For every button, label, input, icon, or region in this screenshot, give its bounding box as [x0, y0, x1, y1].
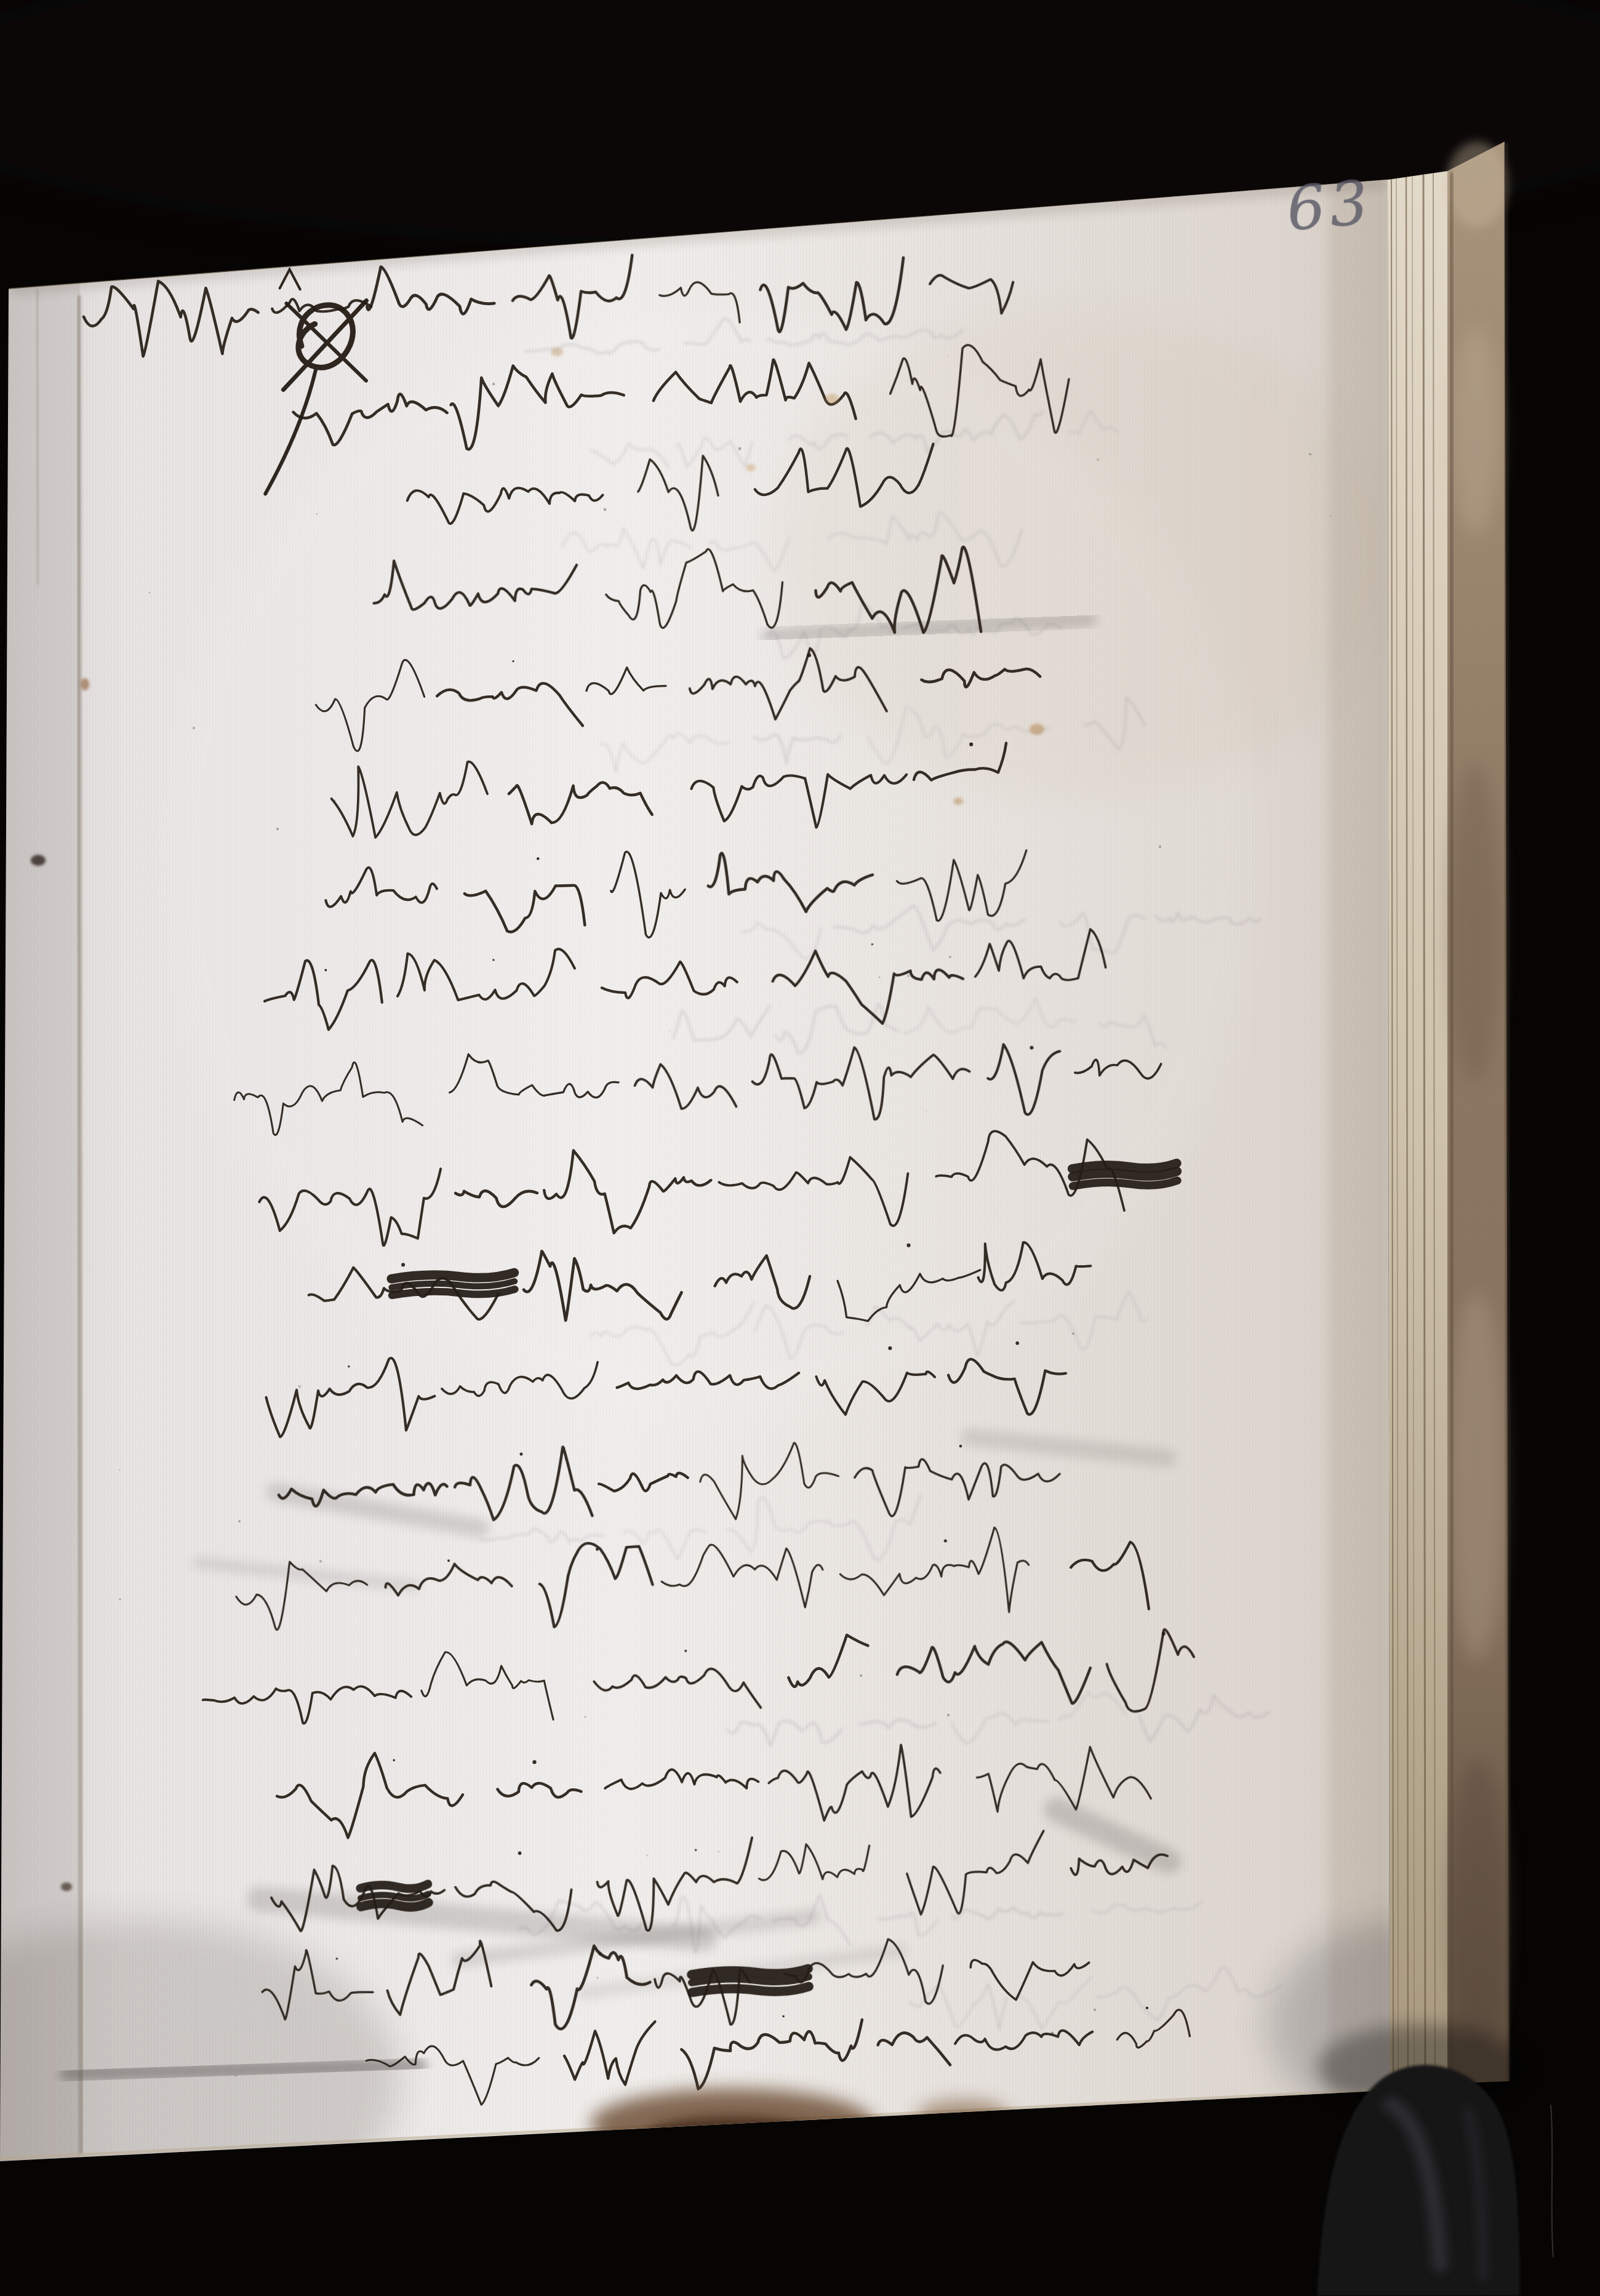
manuscript-photo	[0, 0, 1600, 2296]
photo-backdrop: 63	[0, 0, 1600, 2296]
